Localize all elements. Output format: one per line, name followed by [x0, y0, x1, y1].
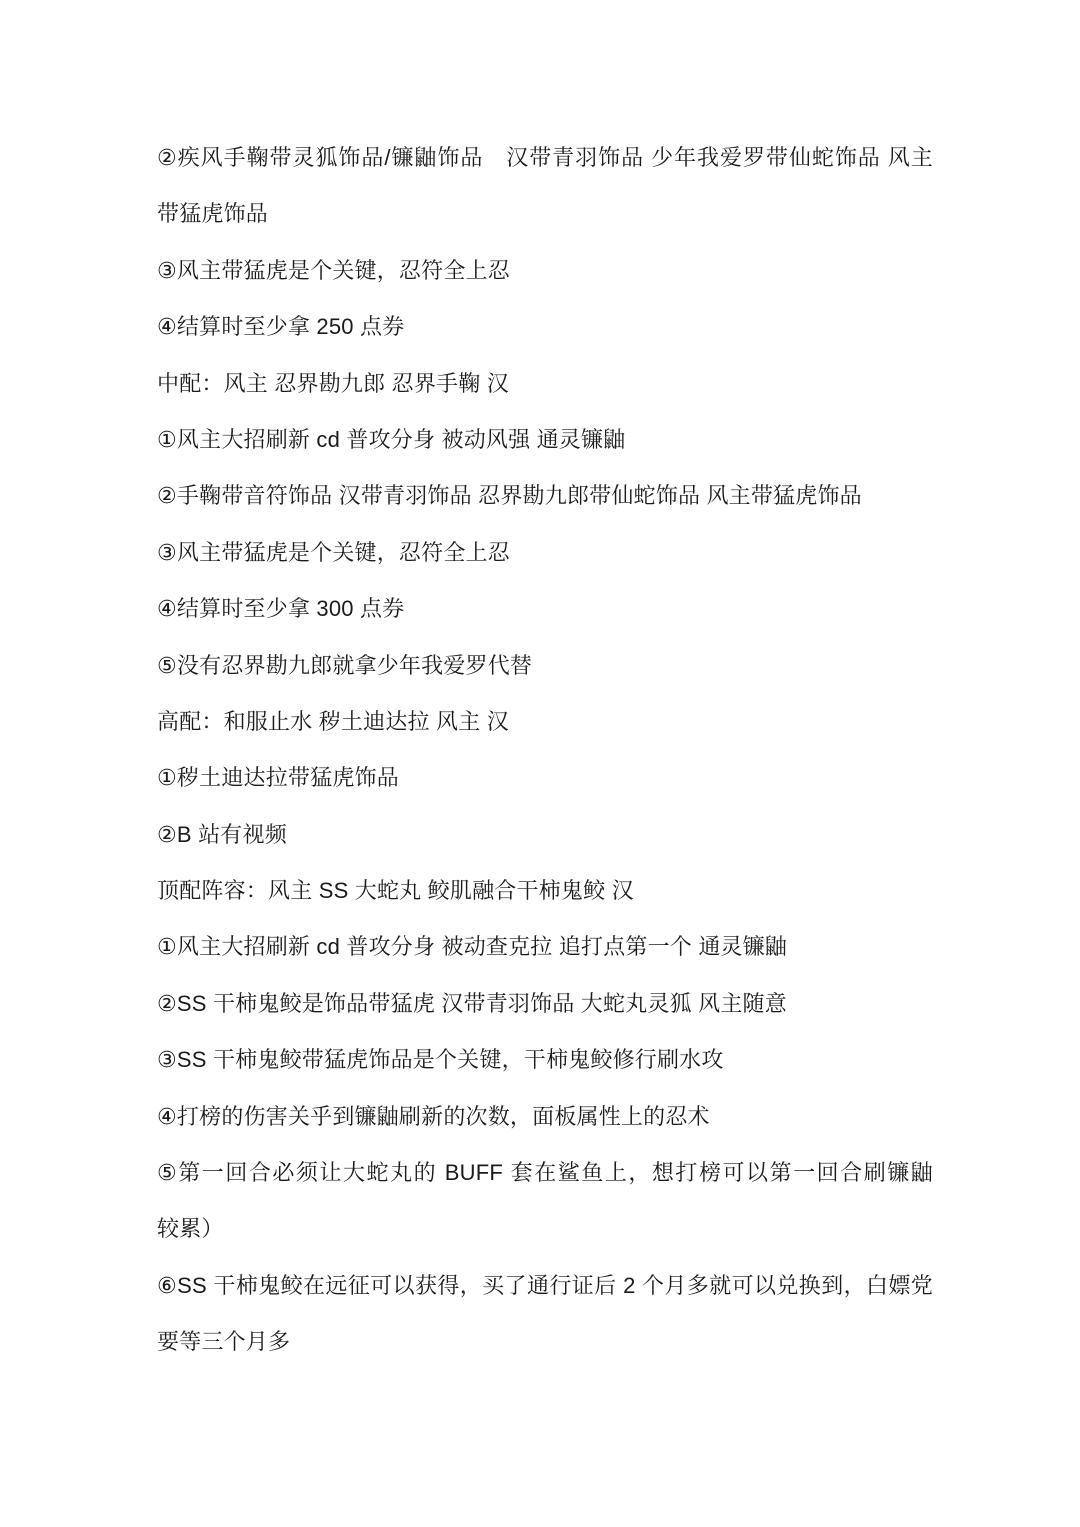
text-line: ⑥SS 干柿鬼鲛在远征可以获得，买了通行证后 2 个月多就可以兑换到，白嫖党 [157, 1258, 933, 1314]
text-line: ②B 站有视频 [157, 807, 933, 863]
text-line: ③风主带猛虎是个关键，忍符全上忍 [157, 243, 933, 299]
document-page: ②疾风手鞠带灵狐饰品/镰鼬饰品 汉带青羽饰品 少年我爱罗带仙蛇饰品 风主带猛虎饰… [0, 0, 1080, 1527]
document-text-block: ②疾风手鞠带灵狐饰品/镰鼬饰品 汉带青羽饰品 少年我爱罗带仙蛇饰品 风主带猛虎饰… [157, 130, 933, 1371]
text-line: 顶配阵容：风主 SS 大蛇丸 鲛肌融合干柿鬼鲛 汉 [157, 863, 933, 919]
text-line: ①秽土迪达拉带猛虎饰品 [157, 750, 933, 806]
text-line: ③SS 干柿鬼鲛带猛虎饰品是个关键，干柿鬼鲛修行刷水攻 [157, 1032, 933, 1088]
text-line: ④打榜的伤害关乎到镰鼬刷新的次数，面板属性上的忍术 [157, 1089, 933, 1145]
text-line: 要等三个月多 [157, 1314, 933, 1370]
text-line: 高配：和服止水 秽土迪达拉 风主 汉 [157, 694, 933, 750]
text-line: ④结算时至少拿 250 点券 [157, 299, 933, 355]
text-line: ④结算时至少拿 300 点券 [157, 581, 933, 637]
text-line: 带猛虎饰品 [157, 186, 933, 242]
text-line: ①风主大招刷新 cd 普攻分身 被动查克拉 追打点第一个 通灵镰鼬 [157, 919, 933, 975]
text-line: ②SS 干柿鬼鲛是饰品带猛虎 汉带青羽饰品 大蛇丸灵狐 风主随意 [157, 976, 933, 1032]
text-line: ②手鞠带音符饰品 汉带青羽饰品 忍界勘九郎带仙蛇饰品 风主带猛虎饰品 [157, 468, 933, 524]
text-line: 较累） [157, 1201, 933, 1257]
text-line: ①风主大招刷新 cd 普攻分身 被动风强 通灵镰鼬 [157, 412, 933, 468]
text-line: ⑤第一回合必须让大蛇丸的 BUFF 套在鲨鱼上，想打榜可以第一回合刷镰鼬（比 [157, 1145, 933, 1201]
text-line: ②疾风手鞠带灵狐饰品/镰鼬饰品 汉带青羽饰品 少年我爱罗带仙蛇饰品 风主 [157, 130, 933, 186]
text-line: ③风主带猛虎是个关键，忍符全上忍 [157, 525, 933, 581]
text-line: 中配：风主 忍界勘九郎 忍界手鞠 汉 [157, 356, 933, 412]
text-line: ⑤没有忍界勘九郎就拿少年我爱罗代替 [157, 638, 933, 694]
